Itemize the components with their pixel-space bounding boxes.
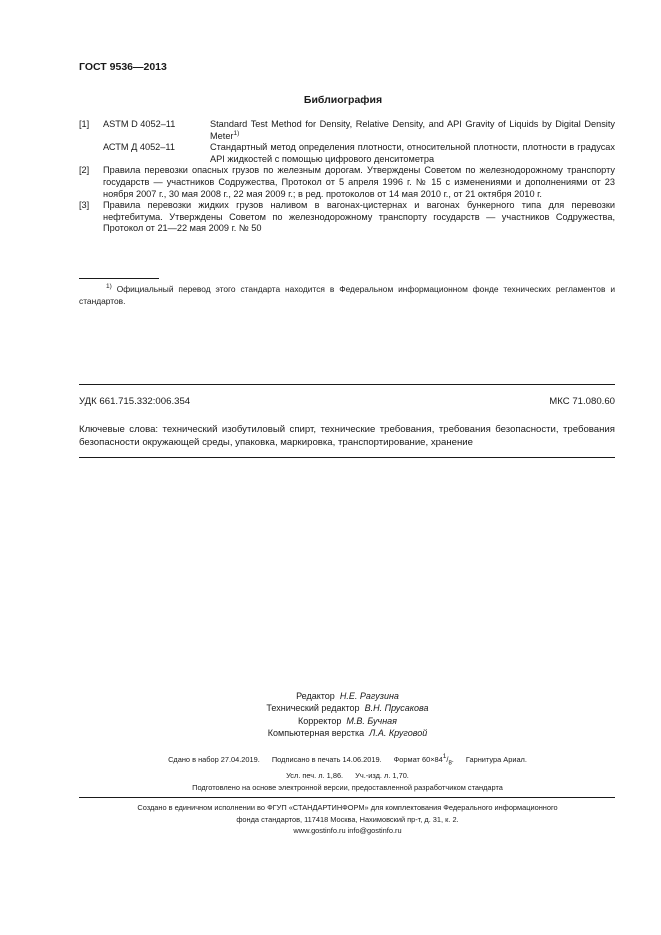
credits-block: Редактор Н.Е. Рагузина Технический редак…: [0, 690, 661, 740]
udk-code: УДК 661.715.332:006.354: [79, 396, 190, 407]
bib-translation-code: АСТМ Д 4052–11: [103, 142, 210, 165]
keywords-divider: [79, 457, 615, 458]
bibliography-item-1-translation: АСТМ Д 4052–11 Стандартный метод определ…: [79, 142, 615, 165]
bib-title: Правила перевозки жидких грузов наливом …: [103, 200, 615, 235]
publisher-email-link[interactable]: info@gostinfo.ru: [348, 826, 402, 835]
credit-proofreader: Корректор М.В. Бучная: [34, 715, 661, 727]
footnote-text: Официальный перевод этого стандарта нахо…: [79, 284, 615, 306]
publisher-line-2: фонда стандартов, 117418 Москва, Нахимов…: [34, 814, 661, 826]
bibliography-list: [1] ASTM D 4052–11 Standard Test Method …: [79, 119, 615, 235]
section-title: Библиография: [0, 94, 661, 106]
bibliography-item-1: [1] ASTM D 4052–11 Standard Test Method …: [79, 119, 615, 142]
imprint-line-1: Сдано в набор 27.04.2019. Подписано в пе…: [34, 754, 661, 770]
mks-code: МКС 71.080.60: [549, 396, 615, 407]
publisher-line-1: Создано в единичном исполнении во ФГУП «…: [34, 802, 661, 814]
imprint-block: Сдано в набор 27.04.2019. Подписано в пе…: [0, 754, 661, 794]
footnote: 1) Официальный перевод этого стандарта н…: [79, 283, 615, 307]
footnote-mark: 1): [106, 283, 112, 290]
bibliography-item-2: [2] Правила перевозки опасных грузов по …: [79, 165, 615, 200]
footnote-divider: [79, 278, 159, 279]
imprint-line-2: Усл. печ. л. 1,86. Уч.-изд. л. 1,70.: [34, 770, 661, 782]
publisher-block: Создано в единичном исполнении во ФГУП «…: [0, 802, 661, 837]
bibliography-item-3: [3] Правила перевозки жидких грузов нали…: [79, 200, 615, 235]
standard-id-header: ГОСТ 9536—2013: [79, 61, 167, 73]
bib-number: [2]: [79, 165, 103, 200]
keywords: Ключевые слова: технический изобутиловый…: [79, 423, 615, 449]
bib-translation-title: Стандартный метод определения плотности,…: [210, 142, 615, 165]
credit-tech-editor: Технический редактор В.Н. Прусакова: [34, 702, 661, 714]
bib-title: Правила перевозки опасных грузов по желе…: [103, 165, 615, 200]
bib-number: [3]: [79, 200, 103, 235]
credit-layout: Компьютерная верстка Л.А. Круговой: [34, 727, 661, 739]
classification-divider: [79, 384, 615, 385]
credit-editor: Редактор Н.Е. Рагузина: [34, 690, 661, 702]
bib-number: [1]: [79, 119, 103, 142]
footnote-mark: 1): [234, 130, 240, 137]
bib-title: Standard Test Method for Density, Relati…: [210, 119, 615, 142]
bib-code: ASTM D 4052–11: [103, 119, 210, 142]
publisher-website-link[interactable]: www.gostinfo.ru: [293, 826, 345, 835]
publisher-divider: [79, 797, 615, 798]
publisher-contacts: www.gostinfo.ru info@gostinfo.ru: [34, 825, 661, 837]
imprint-source-note: Подготовлено на основе электронной верси…: [34, 782, 661, 794]
